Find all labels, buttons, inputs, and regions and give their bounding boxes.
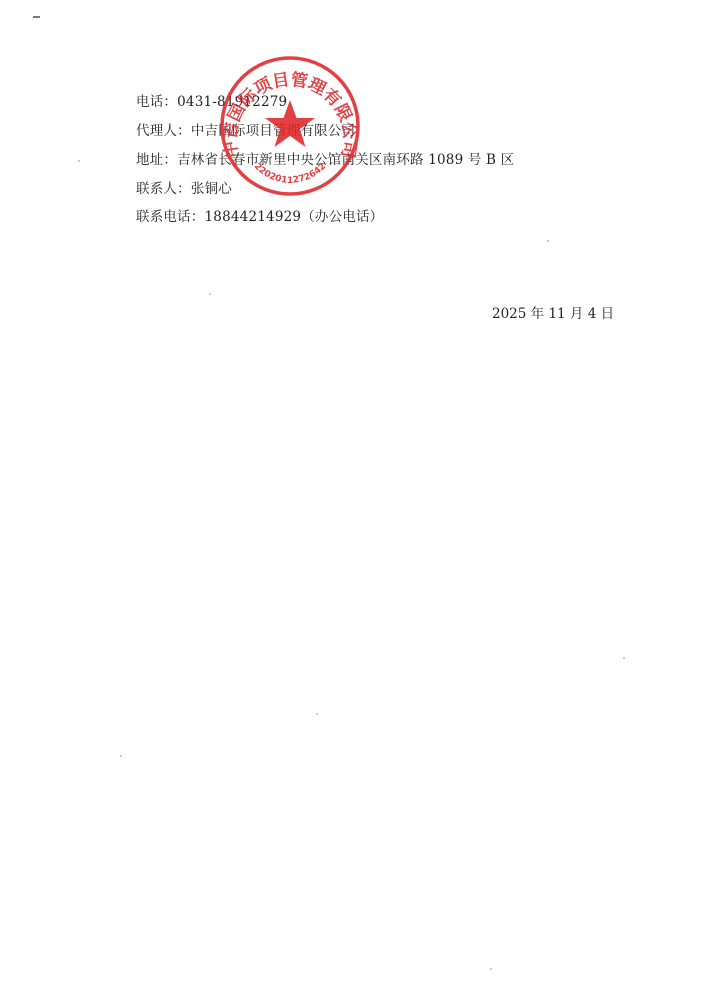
address-label: 地址：: [136, 152, 177, 168]
scan-speck: [78, 160, 80, 162]
contact-phone-value: 18844214929（办公电话）: [205, 209, 384, 225]
phone-value: 0431-81912279: [177, 94, 287, 110]
agent-line: 代理人：中吉国际项目管理有限公司: [136, 122, 355, 140]
contact-line: 联系人：张铜心: [136, 180, 232, 198]
phone-label: 电话：: [136, 94, 177, 110]
address-line: 地址：吉林省长春市新里中央公馆南关区南环路 1089 号 B 区: [136, 151, 514, 169]
phone-line: 电话：0431-81912279: [136, 93, 287, 111]
contact-value: 张铜心: [191, 181, 232, 197]
scan-speck: [316, 713, 318, 715]
address-value: 吉林省长春市新里中央公馆南关区南环路 1089 号 B 区: [177, 152, 514, 168]
scan-speck: [209, 293, 211, 295]
agent-label: 代理人：: [136, 123, 191, 139]
agent-value: 中吉国际项目管理有限公司: [191, 123, 355, 139]
scan-mark: [33, 16, 40, 18]
scan-speck: [120, 755, 122, 757]
scan-speck: [547, 240, 549, 242]
seal-organization: 中吉国际项目管理有限公司: [220, 69, 360, 159]
contact-label: 联系人：: [136, 181, 191, 197]
scan-speck: [490, 968, 492, 970]
scan-speck: [623, 657, 625, 659]
contact-phone-line: 联系电话：18844214929（办公电话）: [136, 208, 383, 226]
contact-phone-label: 联系电话：: [136, 209, 205, 225]
document-date: 2025 年 11 月 4 日: [492, 305, 614, 323]
